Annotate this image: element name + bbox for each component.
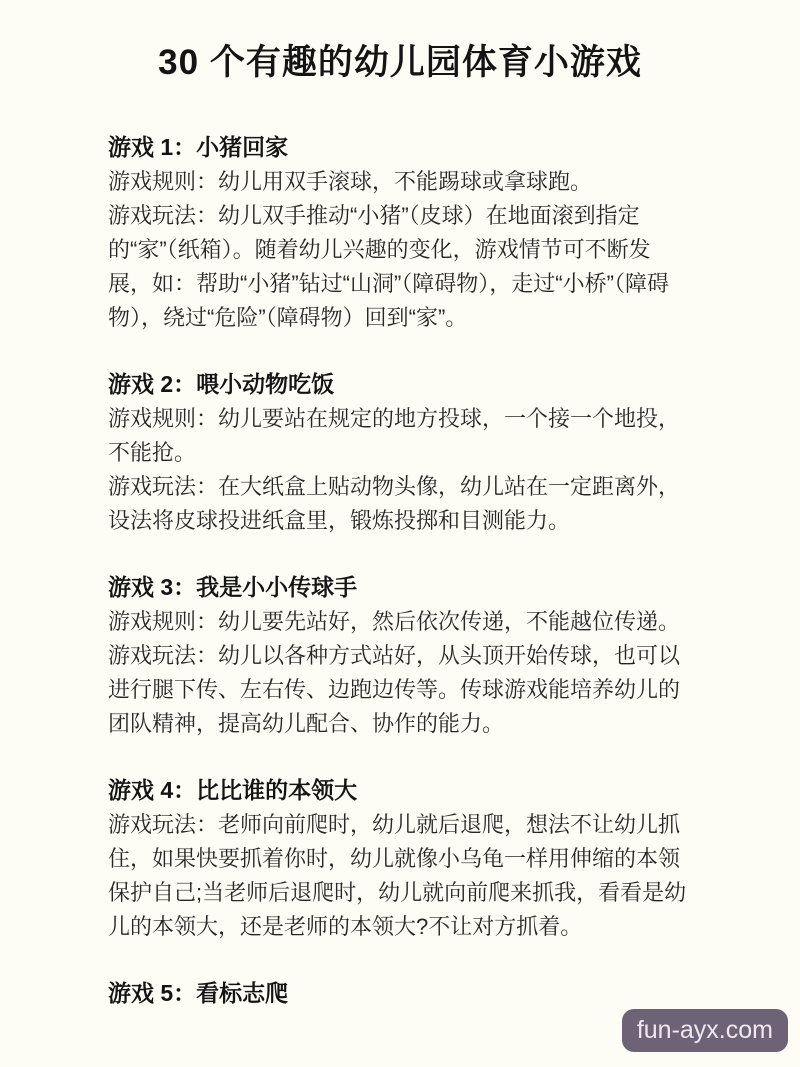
document-page: 30 个有趣的幼儿园体育小游戏 游戏 1：小猪回家 游戏规则：幼儿用双手滚球，不… <box>0 0 800 1008</box>
watermark-badge: fun-ayx.com <box>622 1009 788 1052</box>
game-heading: 游戏 1：小猪回家 <box>108 132 692 162</box>
game-play-paragraph: 游戏玩法：在大纸盒上贴动物头像，幼儿站在一定距离外，设法将皮球投进纸盒里，锻炼投… <box>108 470 692 538</box>
game-heading: 游戏 2：喂小动物吃饭 <box>108 369 692 399</box>
game-section-1: 游戏 1：小猪回家 游戏规则：幼儿用双手滚球，不能踢球或拿球跑。 游戏玩法：幼儿… <box>108 132 692 335</box>
game-play-paragraph: 游戏玩法：幼儿双手推动“小猪”（皮球）在地面滚到指定的“家”（纸箱）。随着幼儿兴… <box>108 199 692 335</box>
game-rule-paragraph: 游戏规则：幼儿要站在规定的地方投球，一个接一个地投，不能抢。 <box>108 402 692 470</box>
game-heading: 游戏 5：看标志爬 <box>108 978 692 1008</box>
game-rule-paragraph: 游戏规则：幼儿用双手滚球，不能踢球或拿球跑。 <box>108 165 692 199</box>
game-play-paragraph: 游戏玩法：老师向前爬时，幼儿就后退爬，想法不让幼儿抓住，如果快要抓着你时，幼儿就… <box>108 808 692 944</box>
game-section-5: 游戏 5：看标志爬 <box>108 978 692 1008</box>
game-section-2: 游戏 2：喂小动物吃饭 游戏规则：幼儿要站在规定的地方投球，一个接一个地投，不能… <box>108 369 692 538</box>
game-heading: 游戏 3：我是小小传球手 <box>108 572 692 602</box>
game-rule-paragraph: 游戏规则：幼儿要先站好，然后依次传递，不能越位传递。 <box>108 605 692 639</box>
game-section-3: 游戏 3：我是小小传球手 游戏规则：幼儿要先站好，然后依次传递，不能越位传递。 … <box>108 572 692 741</box>
game-section-4: 游戏 4：比比谁的本领大 游戏玩法：老师向前爬时，幼儿就后退爬，想法不让幼儿抓住… <box>108 775 692 944</box>
page-title: 30 个有趣的幼儿园体育小游戏 <box>108 43 692 82</box>
game-heading: 游戏 4：比比谁的本领大 <box>108 775 692 805</box>
game-play-paragraph: 游戏玩法：幼儿以各种方式站好，从头顶开始传球，也可以进行腿下传、左右传、边跑边传… <box>108 639 692 741</box>
